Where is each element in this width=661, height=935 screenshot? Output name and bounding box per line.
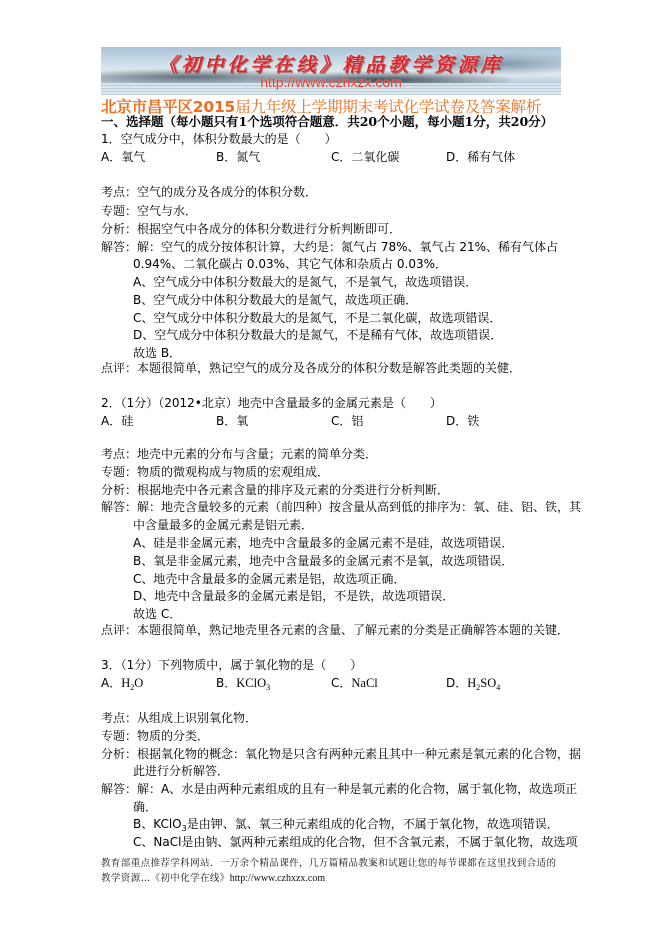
jieda-line: 中含量最多的金属元素是铝元素． <box>133 517 313 533</box>
question-2-jieda: 解答：解：地壳含量较多的元素（前四种）按含量从高到低的排序为：氧、硅、铝、铁，其 <box>101 499 581 515</box>
fenxi-label: 分析： <box>101 747 137 761</box>
dianping-label: 点评： <box>101 623 137 637</box>
question-1-option-b: B．氮气 <box>216 149 260 165</box>
option-label: C． <box>331 676 351 690</box>
jieda-label: 解答： <box>101 240 137 254</box>
question-3-kaodian: 考点：从组成上识别氧化物． <box>101 710 257 726</box>
footer-site-name: 教学资源…《初中化学在线》 <box>101 873 230 884</box>
fenxi-text: 根据地壳中各元素含量的排序及元素的分类进行分析判断． <box>137 483 449 497</box>
question-2-stem: 2．（1分）（2012•北京）地壳中含量最多的金属元素是（ ） <box>101 395 442 411</box>
question-2-dianping: 点评：本题很简单，熟记地壳里各元素的含量、了解元素的分类是正确解答本题的关键． <box>101 622 569 638</box>
zhuanti-label: 专题： <box>101 729 137 743</box>
option-label: B． <box>216 150 236 164</box>
jieda-line: B、氧是非金属元素，地壳中含量最多的金属元素不是氧，故选项错误． <box>133 553 513 569</box>
zhuanti-label: 专题： <box>101 204 137 218</box>
jieda-line: C、空气成分中体积分数最大的是氮气，不是二氧化碳，故选项错误． <box>133 310 501 326</box>
option-label: A． <box>101 676 121 690</box>
dianping-text: 本题很简单，熟记地壳里各元素的含量、了解元素的分类是正确解答本题的关键． <box>137 623 569 637</box>
kaodian-text: 地壳中元素的分布与含量；元素的简单分类． <box>137 447 377 461</box>
footer-line-1: 教育部重点推荐学科网站．一万余个精品课件，几万篇精品教案和试题让您的每节课都在这… <box>101 856 561 871</box>
option-text: 铝 <box>351 414 363 428</box>
kaodian-label: 考点： <box>101 711 137 725</box>
formula: H2SO4 <box>467 676 500 690</box>
dianping-text: 本题很简单，熟记空气的成分及各成分的体积分数是解答此类题的关健． <box>137 361 521 375</box>
page-footer: 教育部重点推荐学科网站．一万余个精品课件，几万篇精品教案和试题让您的每节课都在这… <box>101 856 561 886</box>
jieda-line: D、空气成分中体积分数最大的是氮气，不是稀有气体，故选项错误． <box>133 327 502 343</box>
option-label: D． <box>446 414 467 428</box>
question-2-kaodian: 考点：地壳中元素的分布与含量；元素的简单分类． <box>101 446 377 462</box>
document-page: 《初中化学在线》精品教学资源库 http://www.czhxzx.com 北京… <box>0 0 661 935</box>
formula: H2O <box>121 676 143 690</box>
footer-line-2: 教学资源…《初中化学在线》http://www.czhxzx.com <box>101 871 561 886</box>
banner-title: 《初中化学在线》精品教学资源库 <box>101 50 561 77</box>
option-label: C． <box>331 414 351 428</box>
option-text: 氧 <box>236 414 248 428</box>
question-3-zhuanti: 专题：物质的分类． <box>101 728 209 744</box>
question-2-option-b: B．氧 <box>216 413 248 429</box>
jieda-line: 解：A、水是由两种元素组成的且有一种是氧元素的化合物，属于氧化物，故选项正 <box>137 782 577 796</box>
option-label: C． <box>331 150 351 164</box>
jieda-label: 解答： <box>101 500 137 514</box>
question-2-option-a: A．硅 <box>101 413 133 429</box>
question-3-option-b: B．KClO3 <box>216 675 270 696</box>
jieda-line: C、地壳中含量最多的金属元素是铝，故选项正确． <box>133 571 405 587</box>
question-1-stem: 1．空气成分中，体积分数最大的是（ ） <box>101 131 337 147</box>
option-label: B． <box>216 414 236 428</box>
option-text: 稀有气体 <box>467 150 515 164</box>
jieda-label: 解答： <box>101 782 137 796</box>
site-banner: 《初中化学在线》精品教学资源库 http://www.czhxzx.com <box>101 47 561 95</box>
jieda-answer: 故选 C． <box>133 606 181 622</box>
jieda-line: D、地壳中含量最多的金属元素是铝，不是铁，故选项错误． <box>133 588 454 604</box>
jieda-line: 0.94%、二氧化碳占 0.03%、其它气体和杂质占 0.03%． <box>133 256 447 272</box>
question-3-stem: 3．（1分）下列物质中，属于氧化物的是（ ） <box>101 657 362 673</box>
fenxi-label: 分析： <box>101 222 137 236</box>
option-text: 二氧化碳 <box>351 150 399 164</box>
option-text: 氮气 <box>236 150 260 164</box>
question-2-fenxi: 分析：根据地壳中各元素含量的排序及元素的分类进行分析判断． <box>101 482 449 498</box>
option-label: A． <box>101 414 121 428</box>
fenxi-label: 分析： <box>101 483 137 497</box>
fenxi-line: 根据氧化物的概念：氧化物是只含有两种元素且其中一种元素是氧元素的化合物，据 <box>137 747 581 761</box>
zhuanti-text: 空气与水． <box>137 204 197 218</box>
jieda-line: 确． <box>133 799 157 815</box>
dianping-label: 点评： <box>101 361 137 375</box>
option-text: 硅 <box>121 414 133 428</box>
question-1-zhuanti: 专题：空气与水． <box>101 203 197 219</box>
question-1-option-a: A．氧气 <box>101 149 145 165</box>
question-2-option-d: D．铁 <box>446 413 479 429</box>
zhuanti-text: 物质的分类． <box>137 729 209 743</box>
zhuanti-text: 物质的微观构成与物质的宏观组成． <box>137 465 329 479</box>
question-1-dianping: 点评：本题很简单，熟记空气的成分及各成分的体积分数是解答此类题的关健． <box>101 360 521 376</box>
banner-url[interactable]: http://www.czhxzx.com <box>101 74 561 90</box>
section-heading: 一、选择题（每小题只有1个选项符合题意．共20个小题，每小题1分，共20分） <box>101 114 553 130</box>
jieda-answer: 故选 B． <box>133 345 181 361</box>
option-label: D． <box>446 676 467 690</box>
fenxi-text: 根据空气中各成分的体积分数进行分析判断即可． <box>137 222 401 236</box>
question-1-option-c: C．二氧化碳 <box>331 149 399 165</box>
question-3-option-d: D．H2SO4 <box>446 675 500 696</box>
formula: KClO3 <box>236 676 270 690</box>
jieda-line: B、空气成分中体积分数最大的是氮气，故选项正确． <box>133 292 417 308</box>
fenxi-line: 此进行分析解答． <box>133 763 229 779</box>
jieda-line: A、硅是非金属元素，地壳中含量最多的金属元素不是硅，故选项错误． <box>133 535 513 551</box>
kaodian-label: 考点： <box>101 447 137 461</box>
question-1-jieda: 解答：解：空气的成分按体积计算，大约是：氮气占 78%、氧气占 21%、稀有气体… <box>101 239 558 255</box>
option-text: 氧气 <box>121 150 145 164</box>
question-1-kaodian: 考点：空气的成分及各成分的体积分数． <box>101 184 317 200</box>
kaodian-text: 空气的成分及各成分的体积分数． <box>137 185 317 199</box>
kaodian-label: 考点： <box>101 185 137 199</box>
jieda-line: 解：空气的成分按体积计算，大约是：氮气占 78%、氧气占 21%、稀有气体占 <box>137 240 558 254</box>
question-2-option-c: C．铝 <box>331 413 363 429</box>
jieda-line: A、空气成分中体积分数最大的是氮气，不是氧气，故选项错误． <box>133 274 477 290</box>
jieda-line-c: C、NaCl是由钠、氯两种元素组成的化合物，但不含氧元素，不属于氧化物，故选项 <box>133 834 577 850</box>
footer-url[interactable]: http://www.czhxzx.com <box>230 873 325 884</box>
question-3-option-c: C．NaCl <box>331 675 378 691</box>
formula: NaCl <box>351 676 377 690</box>
question-3-fenxi: 分析：根据氧化物的概念：氧化物是只含有两种元素且其中一种元素是氧元素的化合物，据 <box>101 746 581 762</box>
question-2-zhuanti: 专题：物质的微观构成与物质的宏观组成． <box>101 464 329 480</box>
kaodian-text: 从组成上识别氧化物． <box>137 711 257 725</box>
question-1-fenxi: 分析：根据空气中各成分的体积分数进行分析判断即可． <box>101 221 401 237</box>
option-text: 铁 <box>467 414 479 428</box>
question-3-jieda: 解答：解：A、水是由两种元素组成的且有一种是氧元素的化合物，属于氧化物，故选项正 <box>101 781 577 797</box>
question-1-option-d: D．稀有气体 <box>446 149 515 165</box>
option-label: B． <box>216 676 236 690</box>
jieda-line: 解：地壳含量较多的元素（前四种）按含量从高到低的排序为：氧、硅、铝、铁，其 <box>137 500 581 514</box>
option-label: D． <box>446 150 467 164</box>
option-label: A． <box>101 150 121 164</box>
zhuanti-label: 专题： <box>101 465 137 479</box>
question-3-option-a: A．H2O <box>101 675 143 696</box>
